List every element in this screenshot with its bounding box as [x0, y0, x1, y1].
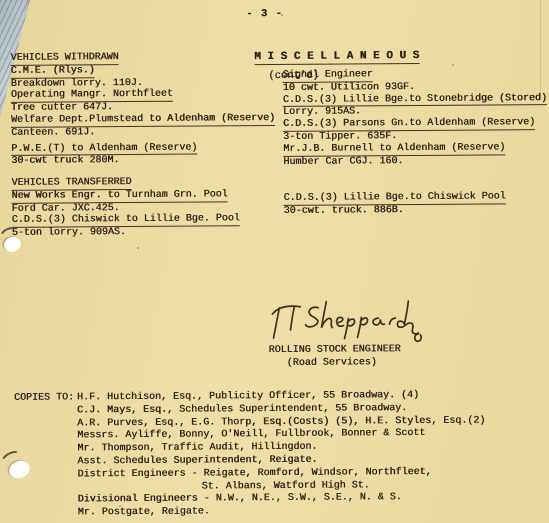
section-vehicles-withdrawn: VEHICLES WITHDRAWN C.M.E. (Rlys.) Breakd… [11, 51, 276, 168]
entry-detail: 30-cwt. truck. 886B. [284, 204, 506, 217]
section-signal-engineer: Signal Engineer 10 cwt. Utilicon 93GF. C… [283, 68, 548, 168]
copies-recipient: Mr. Postgate, Reigate. [78, 505, 486, 521]
entry-detail: Canteen. 691J. [11, 126, 275, 140]
document-title: M I S C E L L A N E O U S [254, 50, 419, 65]
document-page: - 3 - M I S C E L L A N E O U S (cont'd)… [0, 0, 549, 523]
handwritten-signature [266, 293, 426, 346]
entry-detail: 3-ton Tipper. 635F. [283, 130, 547, 144]
page-number: - 3 - [246, 8, 283, 20]
entry-heading: P.W.E.(T) to Aldenham (Reserve) [11, 142, 197, 156]
section-vehicles-transferred: VEHICLES TRANSFERRED New Works Engr. to … [11, 176, 239, 240]
entry-detail: 5-ton lorry. 909AS. [12, 226, 240, 239]
section-lillie-chiswick: C.D.S.(3) Lillie Bge.to Chiswick Pool 30… [284, 191, 506, 217]
signatory-role: ROLLING STOCK ENGINEER [269, 344, 401, 356]
section-heading: Signal Engineer [283, 69, 373, 82]
entry-detail: Humber Car CGJ. 160. [283, 155, 547, 169]
copies-to-label: COPIES TO: [14, 392, 74, 405]
typed-content: - 3 - M I S C E L L A N E O U S (cont'd)… [0, 0, 549, 523]
entry-detail: 30-cwt truck 280M. [11, 154, 275, 168]
copies-list: H.F. Hutchison, Esq., Publicity Officer,… [77, 390, 486, 521]
section-heading: VEHICLES WITHDRAWN [11, 52, 119, 66]
entry-heading: C.M.E. (Rlys.) [11, 65, 95, 78]
section-heading: VEHICLES TRANSFERRED [11, 177, 131, 191]
entry-heading: Operating Mangr. Northfleet [11, 89, 173, 103]
signatory-department: (Road Services) [287, 357, 377, 369]
